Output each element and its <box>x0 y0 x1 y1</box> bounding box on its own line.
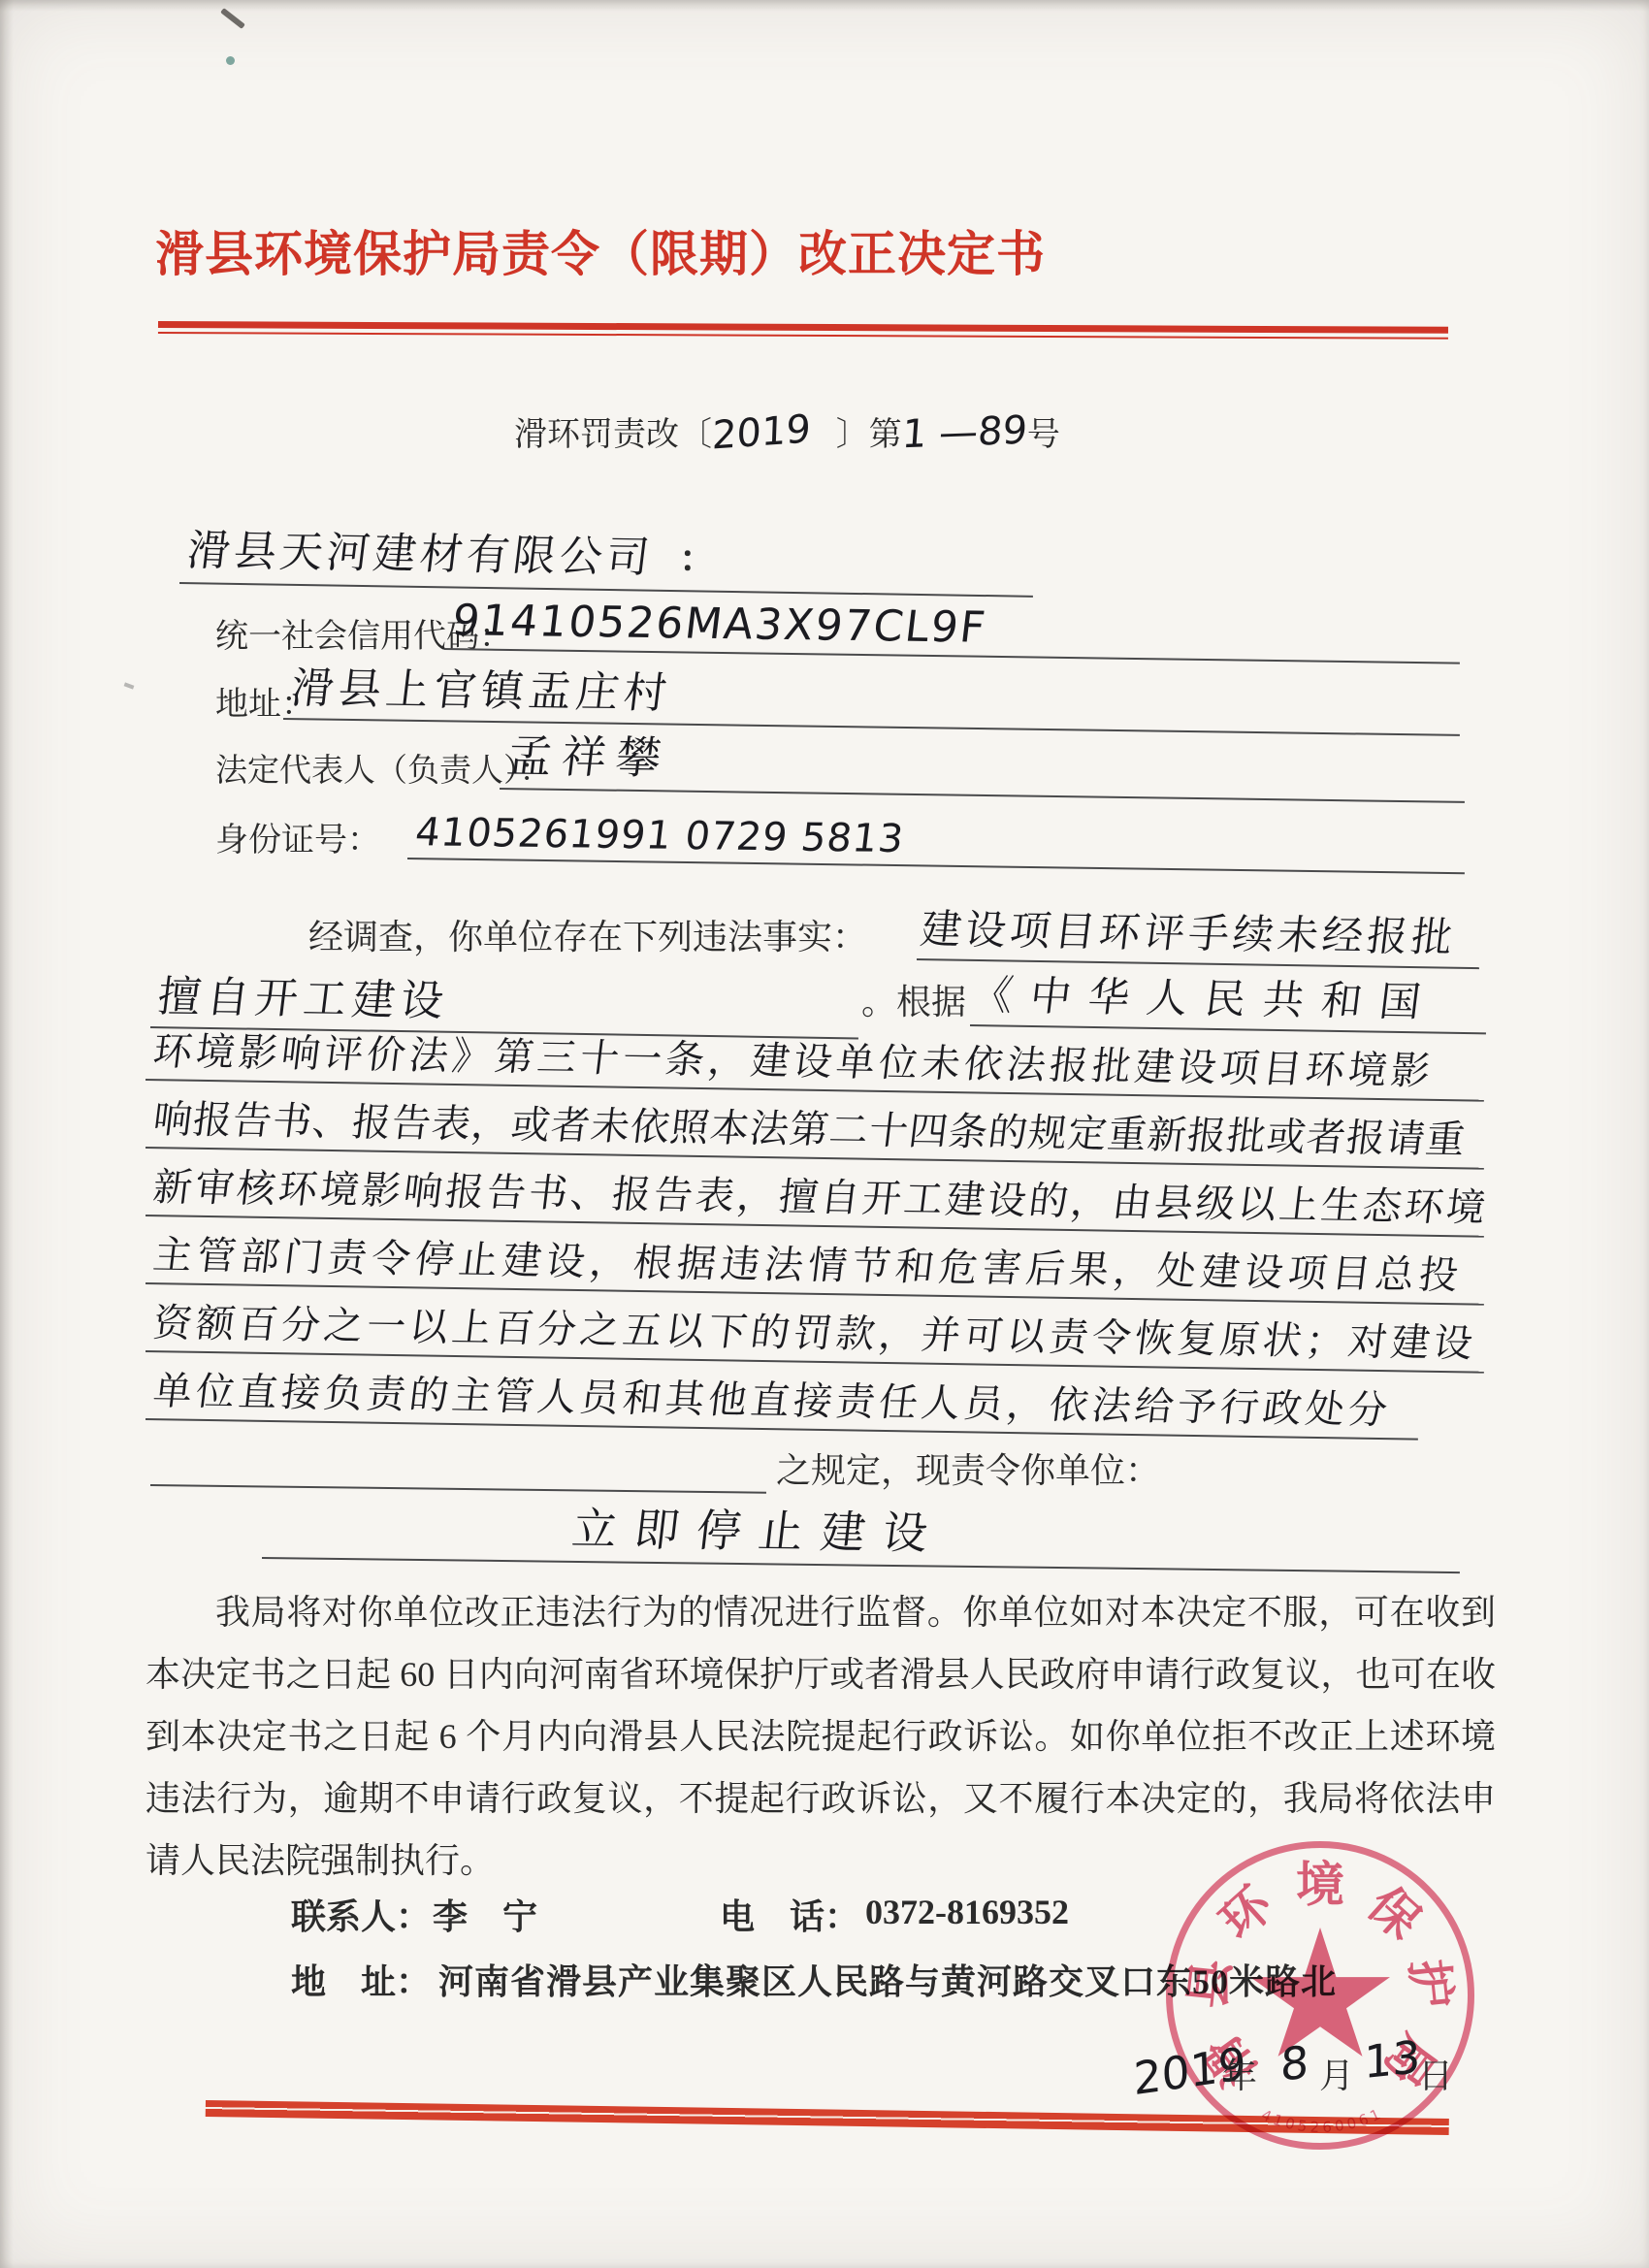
recipient-colon: ： <box>679 529 716 582</box>
recipient-line: 滑县天河建材有限公司 <box>179 524 1034 598</box>
seal-character: 护 <box>1401 1954 1461 2014</box>
date-day-handwritten: 13 <box>1361 2030 1423 2089</box>
docno-year-handwritten: 2019 <box>711 407 813 459</box>
seal-character: 县 <box>1180 1954 1241 2014</box>
contact-phone: 0372-8169352 <box>865 1892 1069 1932</box>
contact-person: 李 宁 <box>433 1890 537 1939</box>
scan-speck <box>124 682 135 689</box>
header-divider <box>158 321 1448 340</box>
docno-suffix: 号 <box>1027 417 1060 453</box>
field-value-credit-code: 91410526MA3X97CL9F <box>444 588 1461 664</box>
legal-rep-handwritten: 孟祥攀 <box>507 721 671 787</box>
credit-code-handwritten: 91410526MA3X97CL9F <box>452 596 986 653</box>
docno-number-handwritten: 1 —89 <box>901 408 1028 457</box>
recipient-company-handwritten: 滑县天河建材有限公司 <box>187 515 654 585</box>
contact-address-label: 地 址： <box>291 1955 431 2004</box>
basis-lead: 。根据 <box>861 975 966 1024</box>
ruling-lead: 之规定，现责令你单位： <box>776 1443 1160 1493</box>
address-handwritten: 滑县上官镇盂庄村 <box>291 653 672 720</box>
blank-fill-line <box>150 1426 767 1494</box>
date-day-unit: 日 <box>1418 2049 1453 2098</box>
legal-line-5-handwritten: 资额百分之一以上百分之五以下的罚款，并可以责令恢复原状；对建设 <box>153 1292 1477 1368</box>
contact-phone-label: 电 话： <box>720 1890 859 1939</box>
date-month-unit: 月 <box>1319 2049 1354 2098</box>
page-title: 滑县环境保护局责令（限期）改正决定书 <box>155 215 1046 285</box>
facts-lead: 经调查，你单位存在下列违法事实： <box>308 910 867 959</box>
seal-character: 境 <box>1293 1858 1347 1912</box>
legal-line-1-handwritten: 环境影响评价法》第三十一条，建设单位未依法报批建设项目环境影 <box>153 1021 1435 1096</box>
document-page: 滑县环境保护局责令（限期）改正决定书 滑环罚责改〔2019〕第1 —89号 滑县… <box>0 0 1649 2268</box>
scan-mark <box>220 8 245 29</box>
legal-line-2-handwritten: 响报告书、报告表，或者未依照本法第二十四条的规定重新报批或者报请重 <box>153 1088 1467 1164</box>
scan-dot <box>226 56 235 65</box>
seal-character: 保 <box>1356 1875 1433 1952</box>
order-handwritten: 立即停止建设 <box>572 1494 946 1563</box>
docno-mid: 〕第 <box>836 417 902 453</box>
field-value-address: 滑县上官镇盂庄村 <box>283 658 1461 736</box>
seal-character: 环 <box>1208 1875 1284 1952</box>
official-seal: 滑县环境保护局 4105260061 <box>1166 1841 1474 2150</box>
field-value-id-number: 4105261991 0729 5813 <box>407 797 1466 874</box>
legal-line-3-handwritten: 新审核环境影响报告书、报告表，擅自开工建设的，由县级以上生态环境 <box>153 1156 1489 1233</box>
date-year-unit: 年 <box>1222 2049 1257 2098</box>
basis-start-handwritten: 《中华人民共和国 <box>972 963 1439 1029</box>
field-label-id-number: 身份证号： <box>215 813 380 860</box>
date-month-handwritten: 8 <box>1278 2036 1311 2090</box>
legal-line-6-handwritten: 单位直接负责的主管人员和其他直接责任人员，依法给予行政处分 <box>153 1360 1392 1435</box>
basis-start-line: 《中华人民共和国 <box>970 962 1487 1034</box>
legal-line-4-handwritten: 主管部门责令停止建设，根据违法情节和危害后果，处建设项目总投 <box>153 1224 1464 1300</box>
facts-line1-handwritten: 建设项目环评手续未经报批 <box>921 897 1457 964</box>
contact-person-label: 联系人： <box>291 1890 431 1939</box>
facts-line1: 建设项目环评手续未经报批 <box>917 898 1480 969</box>
document-number: 滑环罚责改〔2019〕第1 —89号 <box>514 407 1060 455</box>
field-value-legal-rep: 孟祥攀 <box>500 728 1466 803</box>
docno-prefix: 滑环罚责改〔 <box>514 417 712 453</box>
id-number-handwritten: 4105261991 0729 5813 <box>415 810 904 861</box>
order-line: 立即停止建设 <box>262 1499 1461 1573</box>
